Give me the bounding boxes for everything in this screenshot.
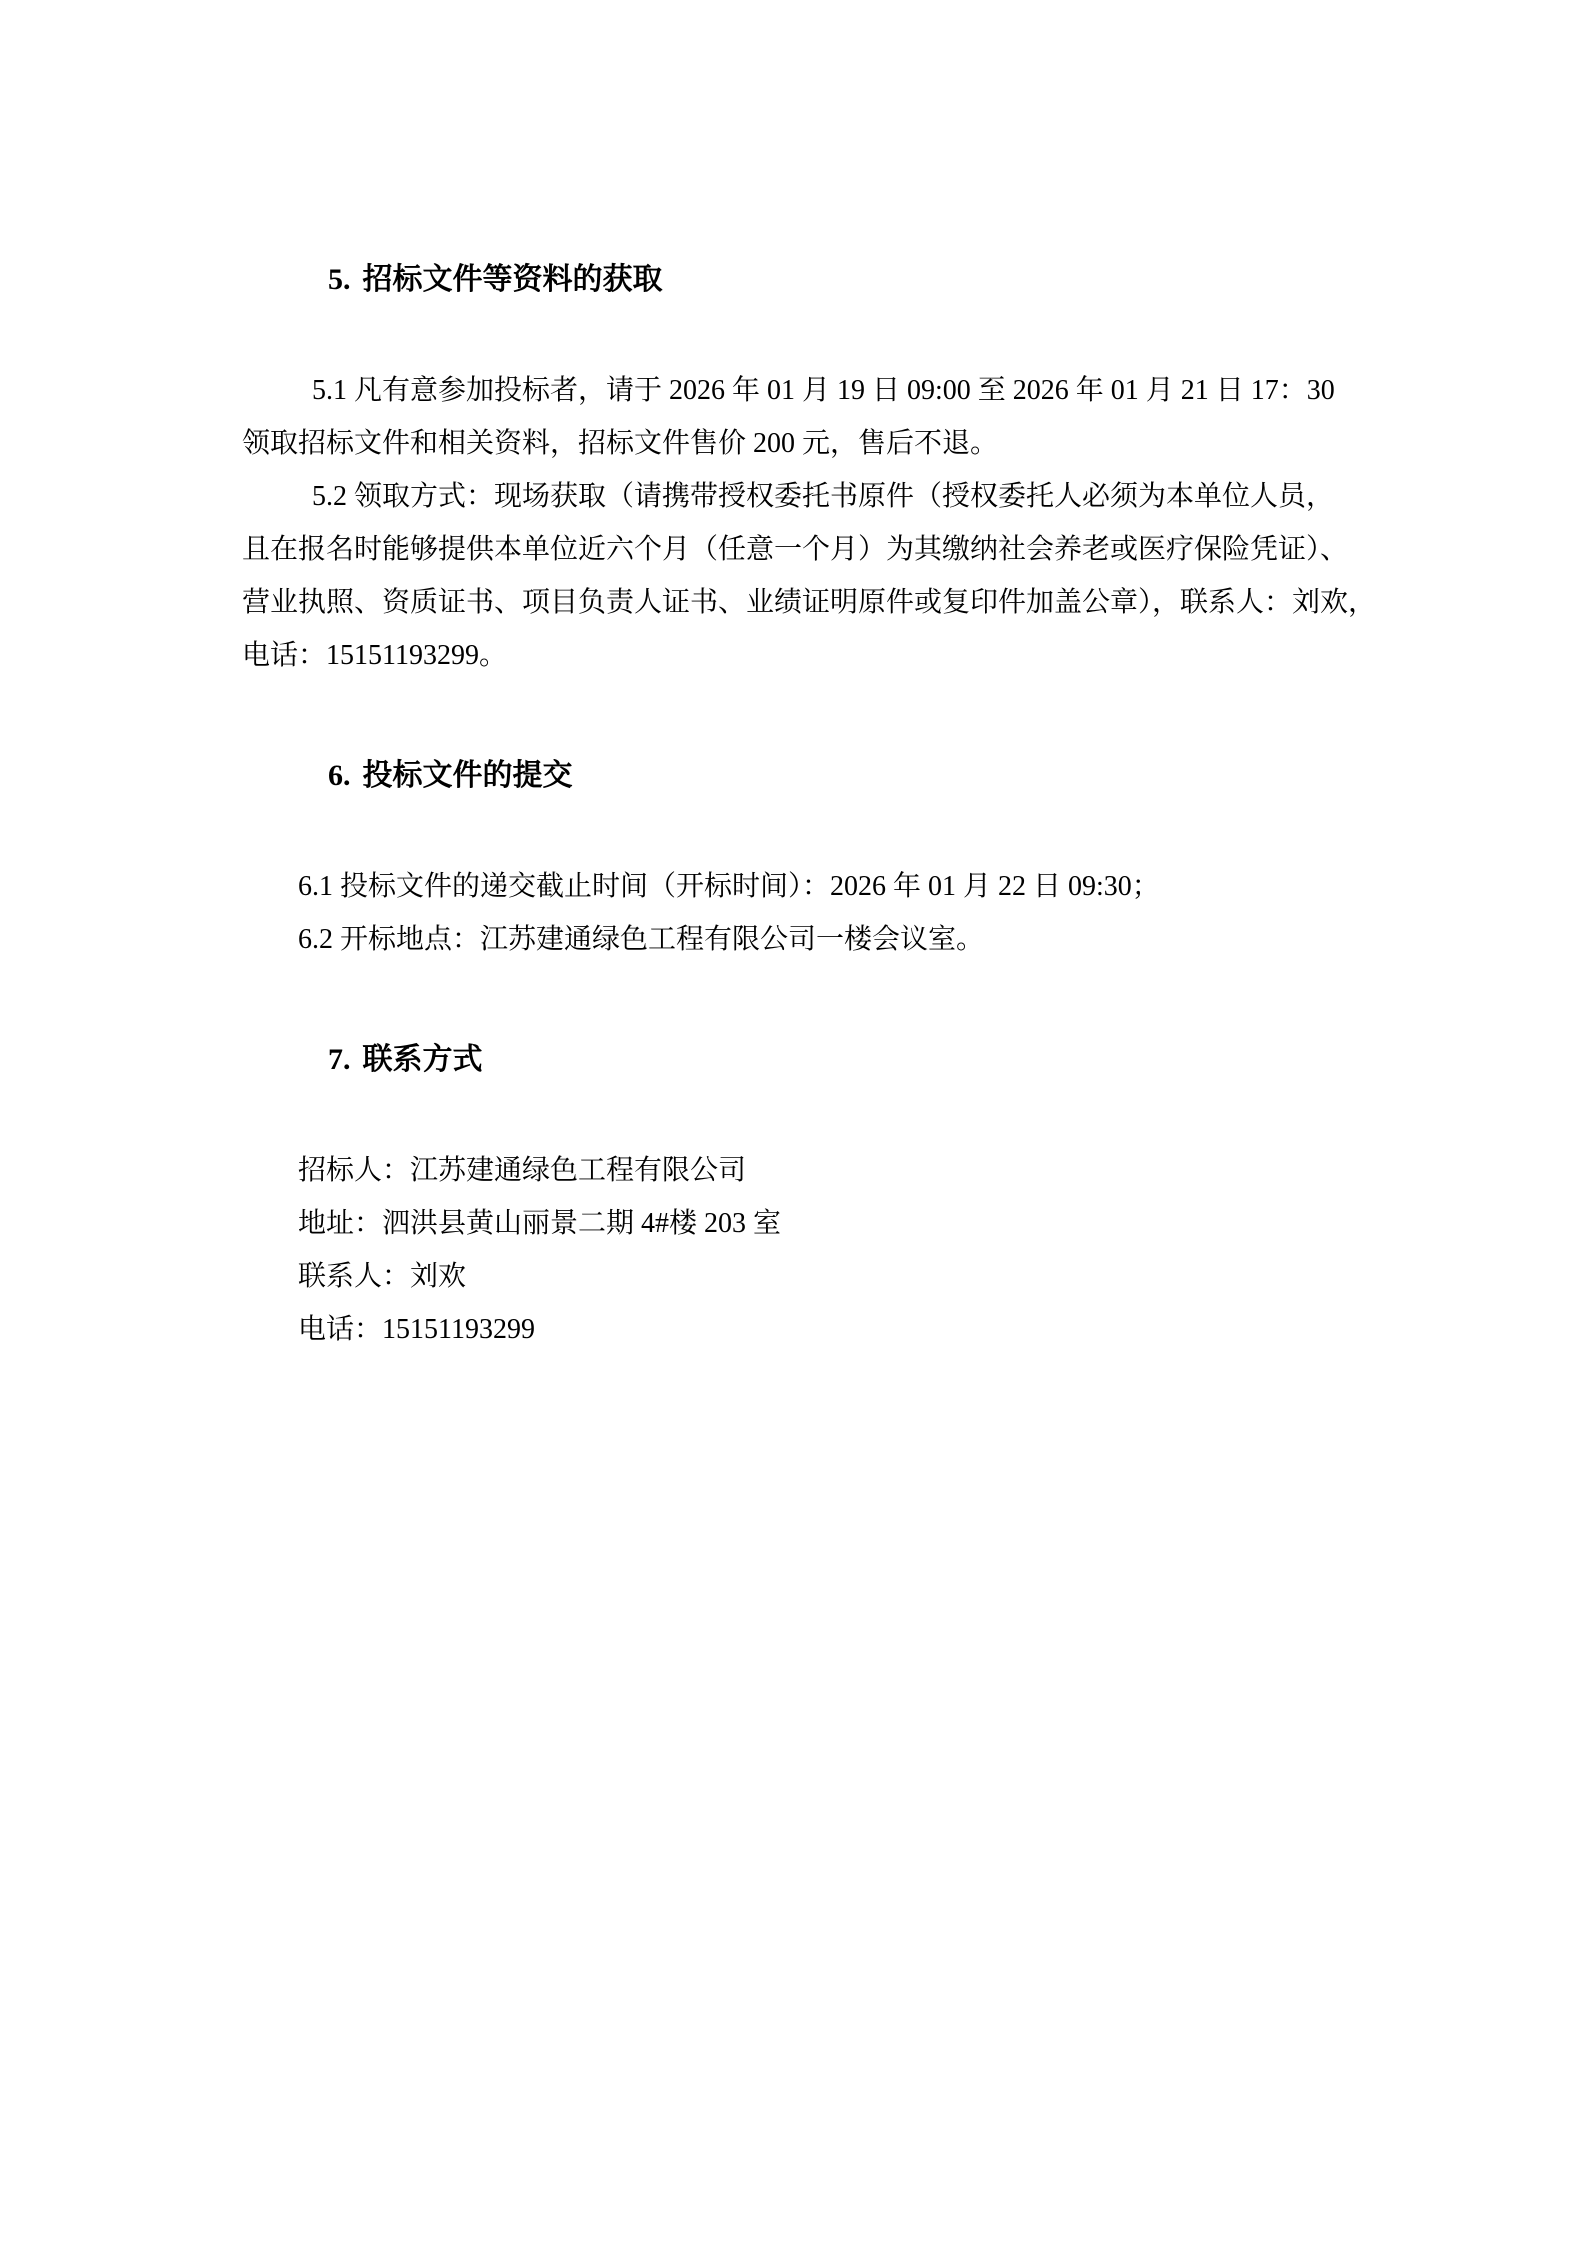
heading-title: 招标文件等资料的获取 bbox=[363, 263, 663, 296]
paragraph-line: 5.2 领取方式：现场获取（请携带授权委托书原件（授权委托人必须为本单位人员， bbox=[242, 470, 1427, 523]
paragraph-line: 领取招标文件和相关资料，招标文件售价 200 元，售后不退。 bbox=[242, 417, 1427, 470]
document-page: 5.招标文件等资料的获取 5.1 凡有意参加投标者，请于 2026 年 01 月… bbox=[0, 0, 1587, 2245]
section-heading-5: 5.招标文件等资料的获取 bbox=[242, 200, 1427, 359]
paragraph-line: 6.1 投标文件的递交截止时间（开标时间）：2026 年 01 月 22 日 0… bbox=[242, 860, 1427, 913]
paragraph-line: 营业执照、资质证书、项目负责人证书、业绩证明原件或复印件加盖公章），联系人：刘欢… bbox=[242, 576, 1427, 629]
paragraph-line: 且在报名时能够提供本单位近六个月（任意一个月）为其缴纳社会养老或医疗保险凭证）、 bbox=[242, 523, 1427, 576]
section-heading-6: 6.投标文件的提交 bbox=[242, 696, 1427, 855]
section-heading-7: 7.联系方式 bbox=[242, 980, 1427, 1139]
contact-line-phone: 电话：15151193299 bbox=[242, 1303, 1427, 1356]
heading-number: 6. bbox=[328, 759, 351, 792]
section-bid-submission: 6.投标文件的提交 6.1 投标文件的递交截止时间（开标时间）：2026 年 0… bbox=[242, 696, 1427, 966]
contact-line-address: 地址：泗洪县黄山丽景二期 4#楼 203 室 bbox=[242, 1197, 1427, 1250]
contact-line-tenderer: 招标人：江苏建通绿色工程有限公司 bbox=[242, 1144, 1427, 1197]
paragraph-line: 电话：15151193299。 bbox=[242, 629, 1427, 682]
paragraph-line: 5.1 凡有意参加投标者，请于 2026 年 01 月 19 日 09:00 至… bbox=[242, 364, 1427, 417]
paragraph-line: 6.2 开标地点：江苏建通绿色工程有限公司一楼会议室。 bbox=[242, 913, 1427, 966]
contact-line-person: 联系人：刘欢 bbox=[242, 1250, 1427, 1303]
section-contact-info: 7.联系方式 招标人：江苏建通绿色工程有限公司 地址：泗洪县黄山丽景二期 4#楼… bbox=[242, 980, 1427, 1356]
heading-number: 5. bbox=[328, 263, 351, 296]
heading-number: 7. bbox=[328, 1043, 351, 1076]
heading-title: 投标文件的提交 bbox=[363, 759, 573, 792]
heading-title: 联系方式 bbox=[363, 1043, 483, 1076]
section-file-acquisition: 5.招标文件等资料的获取 5.1 凡有意参加投标者，请于 2026 年 01 月… bbox=[242, 200, 1427, 682]
